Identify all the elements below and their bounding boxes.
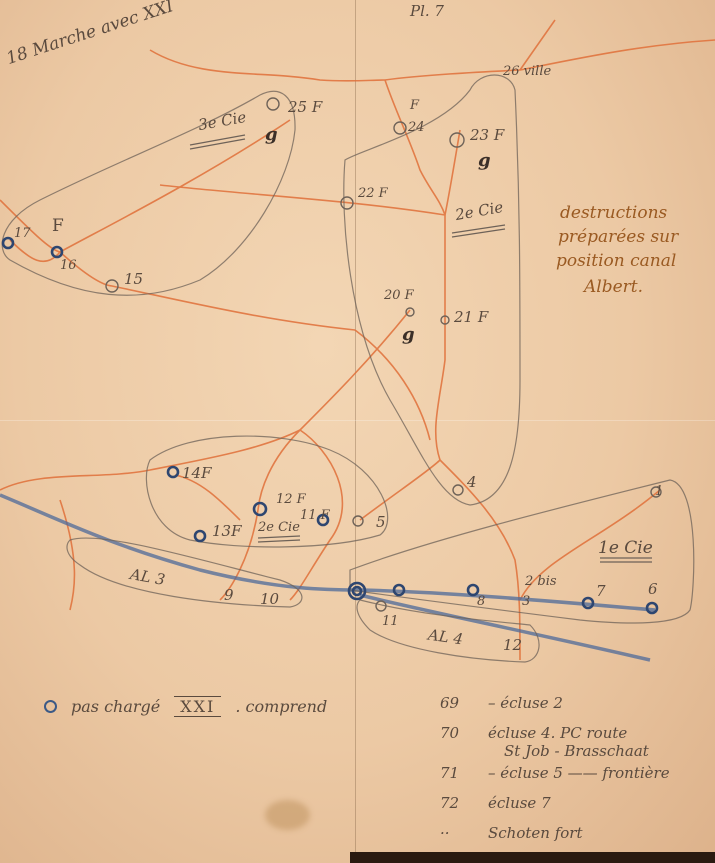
point-24: 24 — [408, 120, 425, 135]
point-21f: 21 F — [454, 308, 488, 326]
point-11: 11 — [382, 614, 399, 629]
point-1: 1 — [655, 484, 663, 499]
legend-text: pas chargé — [71, 697, 160, 716]
side-note-line-1: destructions — [560, 202, 667, 225]
uncharged-circle-icon — [44, 700, 57, 713]
point-5: 5 — [376, 513, 386, 531]
point-15: 15 — [124, 270, 143, 288]
point-10: 10 — [260, 590, 279, 608]
point-3: 3 — [522, 594, 530, 609]
point-16: 16 — [60, 258, 77, 273]
mark-g: g — [265, 124, 278, 145]
legend: pas chargé XXI . comprend — [44, 696, 327, 717]
group-outlines — [2, 75, 694, 662]
map-sheet: Pl. 7 18 Marche avec XXI 3e Cie 2e Cie 2… — [0, 0, 715, 863]
point-25f: 25 F — [288, 98, 322, 116]
side-note-line-2: préparées sur — [558, 226, 678, 249]
list-item: 71 – écluse 5 —— frontière — [440, 764, 670, 794]
point-11f: 11 F — [300, 508, 330, 523]
point-17: 17 — [14, 226, 31, 241]
point-2bis: 2 bis — [525, 574, 557, 589]
assignment-list: 69 – écluse 2 70 écluse 4. PC route St J… — [440, 694, 670, 854]
legend-unit: XXI — [174, 696, 221, 717]
point-13f: 13F — [212, 522, 242, 540]
point-9: 9 — [224, 586, 234, 604]
mark-g: g — [478, 150, 491, 171]
point-7: 7 — [596, 582, 606, 600]
list-item-sub: St Job - Brasschaat — [440, 742, 670, 764]
plate-number: Pl. 7 — [410, 2, 444, 20]
list-item: 72 écluse 7 — [440, 794, 670, 824]
point-23f: 23 F — [470, 126, 504, 144]
group-label-2-south: 2e Cie — [258, 520, 300, 535]
roads — [0, 20, 715, 660]
point-12: 12 — [503, 636, 522, 654]
side-note-line-4: Albert. — [584, 276, 643, 299]
point-12f: 12 F — [276, 492, 306, 507]
list-item: ·· Schoten fort — [440, 824, 670, 854]
point-26: 26 ville — [503, 64, 551, 79]
side-note-line-3: position canal — [556, 250, 676, 273]
group-label-1: 1e Cie — [598, 538, 653, 558]
point-20f: 20 F — [384, 288, 414, 303]
point-22f: 22 F — [358, 186, 388, 201]
mark-g: g — [402, 324, 415, 345]
uncharged-points — [3, 238, 657, 613]
list-item: 69 – écluse 2 — [440, 694, 670, 724]
point-6: 6 — [648, 580, 658, 598]
point-14f: 14F — [182, 464, 212, 482]
mark-f: F — [410, 98, 419, 113]
point-4: 4 — [467, 473, 477, 491]
legend-comprend: . comprend — [235, 697, 327, 716]
point-8: 8 — [477, 594, 485, 609]
mark-f: F — [52, 216, 64, 236]
